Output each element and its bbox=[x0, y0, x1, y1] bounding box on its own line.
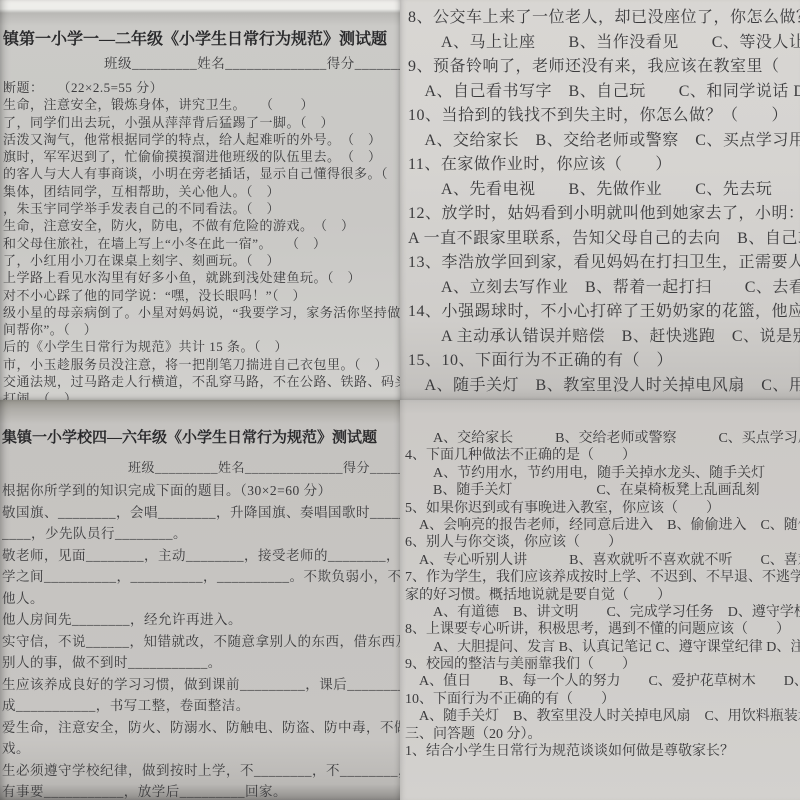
paper-title: 集镇一小学校四—六年级《小学生日常行为规范》测试题 bbox=[2, 426, 400, 447]
text-line: 级小星的母亲病倒了。小星对妈妈说，“我要学习，家务活你坚持做吧， bbox=[3, 304, 400, 321]
text-line: 对不小心踩了他的同学说：“嘿，没长眼吗！”（ ） bbox=[3, 287, 400, 304]
paper-content: 镇第一小学一—二年级《小学生日常行为规范》测试题 班级_________姓名__… bbox=[0, 0, 400, 400]
question-lines: 断题： （22×2.5=55 分）生命，注意安全，锻炼身体，讲究卫生。 （ ）了… bbox=[3, 79, 400, 400]
text-line: 家的好习惯。概括地说就是要自觉（ ） bbox=[405, 587, 800, 604]
text-line: 12、放学时，姑妈看到小明就叫他到她家去了，小明：（ bbox=[408, 202, 800, 227]
text-line: 实守信，不说______，知错就改，不随意拿别人的东西，借东西及时归还， bbox=[2, 631, 400, 653]
text-line: 戏。 bbox=[2, 738, 400, 760]
text-line: 11、在家做作业时，你应该（ ） bbox=[408, 153, 800, 178]
text-line: B、随手关灯 C、在桌椅板凳上乱画乱刻 bbox=[405, 482, 800, 499]
text-line: 成___________，书写工整，卷面整洁。 bbox=[2, 695, 400, 717]
text-line: 交通法规，过马路走人行横道，不乱穿马路，不在公路、铁路、码头玩 bbox=[3, 373, 400, 390]
paper-content: 8、公交车上来了一位老人，却已没座位了，你怎么做？ A、马上让座 B、当作没看见… bbox=[400, 0, 800, 400]
text-line: A、随手关灯 B、教室里没人时关掉电风扇 C、用饮料瓶装水打水仗 bbox=[405, 708, 800, 725]
text-line: 15、10、下面行为不正确的有（ ） bbox=[408, 349, 800, 374]
text-line: A、值日 B、每一个人的努力 C、爱护花草树木 D、保护地球 bbox=[405, 673, 800, 690]
text-line: A、有道德 B、讲文明 C、完成学习任务 D、遵守学校纪律 bbox=[405, 604, 800, 621]
text-line: 7、作为学生，我们应该养成按时上学、不迟到、不早退、不逃学，放学后 bbox=[405, 569, 800, 586]
text-line: A 主动承认错误并赔偿 B、赶快逃跑 C、说是别人 bbox=[408, 325, 800, 350]
text-line: 生必须遵守学校纪律，做到按时上学，不________，不________，不逃学… bbox=[2, 760, 400, 782]
text-line: 根据你所学到的知识完成下面的题目。（30×2=60 分） bbox=[2, 480, 400, 502]
text-line: A、交给家长 B、交给老师或警察 C、买点学习用品 bbox=[405, 430, 800, 447]
text-line: 5、如果你迟到或有事晚进入教室，你应该（ ） bbox=[405, 500, 800, 517]
paper-title: 镇第一小学一—二年级《小学生日常行为规范》测试题 bbox=[3, 26, 400, 49]
text-line: 14、小强踢球时，不小心打碎了王奶奶家的花篮，他应该 bbox=[408, 300, 800, 325]
text-line: A、先看电视 B、先做作业 C、先去玩 bbox=[408, 178, 800, 203]
text-line: 13、李浩放学回到家，看见妈妈在打扫卫生，正需要人帮 bbox=[408, 251, 800, 276]
text-line: A、交给家长 B、交给老师或警察 C、买点学习用品 bbox=[408, 129, 800, 154]
text-line: 9、校园的整洁与美丽靠我们（ ） bbox=[405, 656, 800, 673]
text-line: 4、下面几种做法不正确的是（ ） bbox=[405, 447, 800, 464]
text-line: A、自己看书写字 B、自己玩 C、和同学说话 D、在 bbox=[408, 80, 800, 105]
text-line: 有事要___________，放学后_________回家。 bbox=[2, 781, 400, 800]
photo-bottom-left-paper: 集镇一小学校四—六年级《小学生日常行为规范》测试题 班级_________姓名_… bbox=[0, 400, 400, 800]
class-name-score-fields: 班级_________姓名______________得分___________ bbox=[2, 456, 400, 480]
text-line: 三、问答题（20 分）。 bbox=[405, 726, 800, 743]
text-line: 生应该养成良好的学习习惯，做到课前_________，课后___________… bbox=[2, 674, 400, 696]
photo-top-right-paper: 8、公交车上来了一位老人，却已没座位了，你怎么做？ A、马上让座 B、当作没看见… bbox=[400, 0, 800, 400]
text-line: 8、上课要专心听讲，积极思考，遇到不懂的问题应该（ ） bbox=[405, 621, 800, 638]
text-line: 生命，注意安全，锻炼身体，讲究卫生。 （ ） bbox=[3, 96, 400, 113]
text-line: 别人的事，做不到时___________。 bbox=[2, 652, 400, 674]
text-line: 10、下面行为不正确的有（ ） bbox=[405, 691, 800, 708]
text-line: A、马上让座 B、当作没看见 C、等没人让座时 bbox=[408, 31, 800, 56]
text-line: A、会响亮的报告老师，经同意后进入 B、偷偷进入 C、随便进入 bbox=[405, 517, 800, 534]
text-line: 和父母住旅社，在墙上写上“小冬在此一宿”。 （ ） bbox=[3, 235, 400, 252]
question-lines: 8、公交车上来了一位老人，却已没座位了，你怎么做？ A、马上让座 B、当作没看见… bbox=[408, 6, 800, 398]
text-line: 敬老师，见面________，主动________，接受老师的________，… bbox=[2, 545, 400, 567]
text-line: A、专心听别人讲 B、喜欢就听不喜欢就不听 C、喜欢插嘴 bbox=[405, 552, 800, 569]
text-line: 打闹。（ ） bbox=[3, 390, 400, 400]
text-line: 上学路上看见水沟里有好多小鱼，就跳到浅处建鱼玩。（ ） bbox=[3, 269, 400, 286]
text-line: A、节约用水，节约用电，随手关掉水龙头、随手关灯 bbox=[405, 465, 800, 482]
text-line: A 一直不跟家里联系，告知父母自己的去向 B、自己或让 bbox=[408, 227, 800, 252]
text-line: 了，小红用小刀在课桌上刻字、刻画玩。（ ） bbox=[3, 252, 400, 269]
photo-bottom-right-paper: A、交给家长 B、交给老师或警察 C、买点学习用品4、下面几种做法不正确的是（ … bbox=[400, 400, 800, 800]
text-line: 旗时，军军迟到了，忙偷偷摸摸溜进他班级的队伍里去。 （ ） bbox=[3, 148, 400, 165]
text-line: A、大胆提问、发言 B、认真记笔记 C、遵守课堂纪律 D、注意安全 bbox=[405, 639, 800, 656]
text-line: ____，少先队员行________。 bbox=[2, 523, 400, 545]
text-line: 8、公交车上来了一位老人，却已没座位了，你怎么做？ bbox=[408, 6, 800, 31]
text-line: 集体，团结同学，互相帮助，关心他人。（ ） bbox=[3, 183, 400, 200]
text-line: 后的《小学生日常行为规范》共计 15 条。（ ） bbox=[3, 338, 400, 355]
text-line: A、随手关灯 B、教室里没人时关掉电风扇 C、用饮料 bbox=[408, 374, 800, 399]
text-line: 9、预备铃响了，老师还没有来，我应该在教室里（ ） bbox=[408, 55, 800, 80]
text-line: 了，同学们出去玩，小强从萍萍背后猛踢了一脚。（ ） bbox=[3, 114, 400, 131]
text-line: ，朱玉宇同学举手发表自己的不同看法。（ ） bbox=[3, 200, 400, 217]
question-lines: A、交给家长 B、交给老师或警察 C、买点学习用品4、下面几种做法不正确的是（ … bbox=[405, 430, 800, 760]
photo-top-left-paper: 镇第一小学一—二年级《小学生日常行为规范》测试题 班级_________姓名__… bbox=[0, 0, 400, 400]
text-line: 学之间__________，__________，__________。不欺负弱… bbox=[2, 566, 400, 588]
text-line: 断题： （22×2.5=55 分） bbox=[3, 79, 400, 96]
text-line: 的客人与大人有事商谈，小明在旁老插话，显示自己懂得很多。（ ） bbox=[3, 165, 400, 182]
text-line: 他人房间先________，经允许再进入。 bbox=[2, 609, 400, 631]
paper-content: A、交给家长 B、交给老师或警察 C、买点学习用品4、下面几种做法不正确的是（ … bbox=[400, 400, 800, 800]
text-line: 6、别人与你交谈，你应该（ ） bbox=[405, 534, 800, 551]
text-line: 生命，注意安全，防火，防电，不做有危险的游戏。 （ ） bbox=[3, 217, 400, 234]
text-line: A、立刻去写作业 B、帮着一起打扫 C、去看电视 bbox=[408, 276, 800, 301]
text-line: 1、结合小学生日常行为规范谈谈如何做是尊敬家长？ bbox=[405, 743, 800, 760]
text-line: 活泼又淘气，他常根据同学的特点，给人起难听的外号。 （ ） bbox=[3, 131, 400, 148]
question-lines: 根据你所学到的知识完成下面的题目。（30×2=60 分）敬国旗、________… bbox=[2, 480, 400, 800]
text-line: 爱生命，注意安全，防火、防溺水、防触电、防盗、防中毒，不做________ bbox=[2, 717, 400, 739]
text-line: 敬国旗、________，会唱________，升降国旗、奏唱国歌时______… bbox=[2, 502, 400, 524]
class-name-score-fields: 班级_________姓名______________得分___________… bbox=[3, 49, 400, 79]
paper-content: 集镇一小学校四—六年级《小学生日常行为规范》测试题 班级_________姓名_… bbox=[0, 400, 400, 800]
photo-grid: 镇第一小学一—二年级《小学生日常行为规范》测试题 班级_________姓名__… bbox=[0, 0, 800, 800]
text-line: 市，小玉趁服务员没注意，将一把削笔刀揣进自己衣包里。（ ） bbox=[3, 356, 400, 373]
text-line: 他人。 bbox=[2, 588, 400, 610]
text-line: 10、当拾到的钱找不到失主时，你怎么做？（ ） bbox=[408, 104, 800, 129]
text-line: 间帮你”。（ ） bbox=[3, 321, 400, 338]
